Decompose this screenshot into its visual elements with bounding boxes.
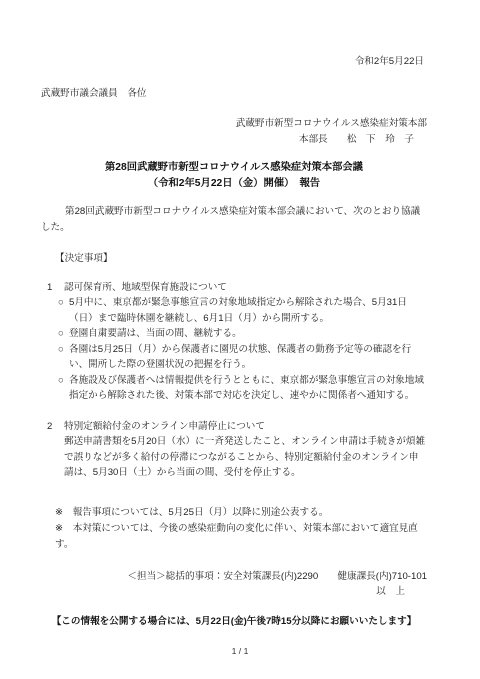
item-number: 1 <box>47 280 64 296</box>
section-header-decisions: 【決定事項】 <box>41 251 427 267</box>
item-heading-text: 特別定額給付金のオンライン申請停止について <box>64 419 265 435</box>
decision-item-2: 2 特別定額給付金のオンライン申請停止について 郵送申請書類を5月20日（水）に… <box>41 419 427 481</box>
bullet-text: 5月中に、東京都が緊急事態宣言の対象地域指定から解除された場合、5月31日（日）… <box>69 295 427 326</box>
bullet-item: ○ 5月中に、東京都が緊急事態宣言の対象地域指定から解除された場合、5月31日（… <box>58 295 427 326</box>
footnotes-block: ※ 報告事項については、5月25日（月）以降に別途公表する。 ※ 本対策について… <box>41 505 427 553</box>
sender-organization: 武蔵野市新型コロナウイルス感染症対策本部 <box>41 116 427 132</box>
document-title-line2: （令和2年5月22日（金）開催） 報告 <box>41 176 427 192</box>
bullet-text: 各施設及び保護者へは情報提供を行うとともに、東京都が緊急事態宣言の対象地域指定か… <box>69 373 427 404</box>
item-number: 2 <box>47 419 64 435</box>
recipient-line: 武蔵野市議会議員 各位 <box>41 86 427 102</box>
footnote-line: ※ 本対策については、今後の感染症動向の変化に伴い、対策本部において適宜見直す。 <box>55 521 427 553</box>
sender-name: 本部長 松 下 玲 子 <box>41 132 427 148</box>
intro-paragraph: 第28回武蔵野市新型コロナウイルス感染症対策本部会議において、次のとおり協議した… <box>41 204 427 236</box>
circle-bullet-icon: ○ <box>58 373 69 404</box>
publish-restriction-note: 【この情報を公開する場合には、5月22日(金)午後7時15分以降にお願いいたしま… <box>41 614 427 630</box>
bullet-item: ○ 各施設及び保護者へは情報提供を行うとともに、東京都が緊急事態宣言の対象地域指… <box>58 373 427 404</box>
document-page: 令和2年5月22日 武蔵野市議会議員 各位 武蔵野市新型コロナウイルス感染症対策… <box>0 0 480 679</box>
page-number: 1 / 1 <box>0 644 480 660</box>
decision-item-1: 1 認可保育所、地域型保育施設について ○ 5月中に、東京都が緊急事態宣言の対象… <box>41 280 427 404</box>
decision-item-2-body: 郵送申請書類を5月20日（水）に一斉発送したこと、オンライン申請は手続きが煩雑で… <box>64 434 427 481</box>
circle-bullet-icon: ○ <box>58 326 69 342</box>
document-title-line1: 第28回武蔵野市新型コロナウイルス感染症対策本部会議 <box>41 160 427 176</box>
decision-item-2-heading: 2 特別定額給付金のオンライン申請停止について <box>41 419 427 435</box>
circle-bullet-icon: ○ <box>58 295 69 326</box>
circle-bullet-icon: ○ <box>58 342 69 373</box>
bullet-item: ○ 登園自粛要請は、当面の間、継続する。 <box>58 326 427 342</box>
contact-line: ＜担当＞総括的事項：安全対策課長(内)2290 健康課長(内)710-101 <box>41 569 427 585</box>
bullet-text: 登園自粛要請は、当面の間、継続する。 <box>69 326 427 342</box>
document-date: 令和2年5月22日 <box>41 54 427 70</box>
decision-item-1-heading: 1 認可保育所、地域型保育施設について <box>41 280 427 296</box>
bullet-item: ○ 各園は5月25日（月）から保護者に園児の状態、保護者の勤務予定等の確認を行い… <box>58 342 427 373</box>
item-heading-text: 認可保育所、地域型保育施設について <box>64 280 227 296</box>
closing-mark: 以 上 <box>41 584 427 600</box>
decision-item-1-bullets: ○ 5月中に、東京都が緊急事態宣言の対象地域指定から解除された場合、5月31日（… <box>58 295 427 404</box>
document-title: 第28回武蔵野市新型コロナウイルス感染症対策本部会議 （令和2年5月22日（金）… <box>41 160 427 192</box>
footnote-line: ※ 報告事項については、5月25日（月）以降に別途公表する。 <box>55 505 427 521</box>
bullet-text: 各園は5月25日（月）から保護者に園児の状態、保護者の勤務予定等の確認を行い、開… <box>69 342 427 373</box>
sender-block: 武蔵野市新型コロナウイルス感染症対策本部 本部長 松 下 玲 子 <box>41 116 427 148</box>
